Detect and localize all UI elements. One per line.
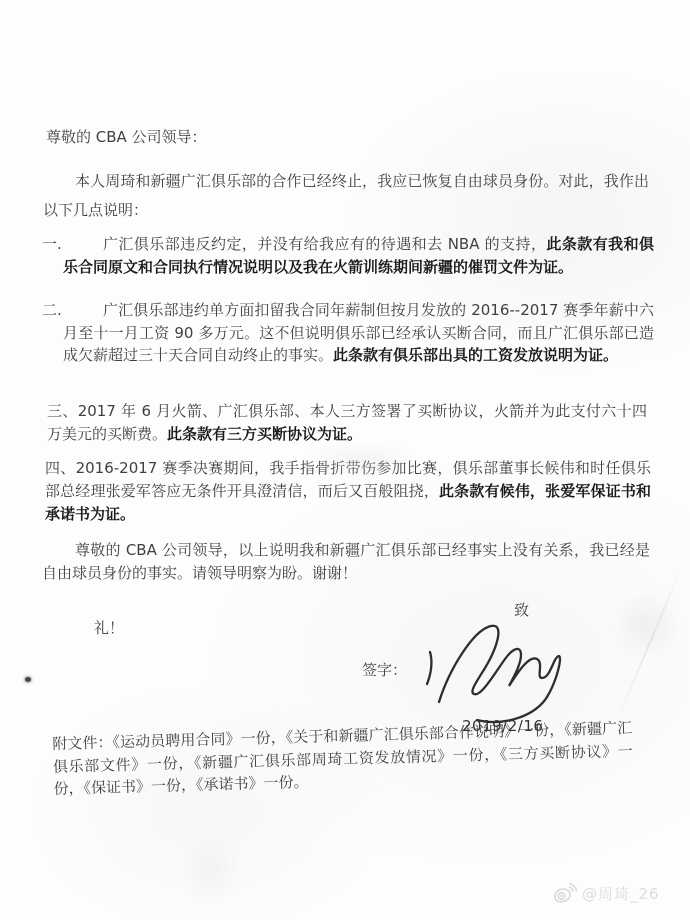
scanned-letter-page: 尊敬的 CBA 公司领导： 本人周琦和新疆广汇俱乐部的合作已经终止，我应已恢复自… xyxy=(0,0,690,920)
intro-paragraph: 本人周琦和新疆广汇俱乐部的合作已经终止，我应已恢复自由球员身份。对此，我作出以下… xyxy=(43,167,649,225)
ink-spot-artifact xyxy=(25,677,31,682)
list-item-1: 一. 广汇俱乐部违反约定，并没有给我应有的待遇和去 NBA 的支持，此条款有我和… xyxy=(42,233,654,279)
watermark-handle: @周琦_26 xyxy=(582,883,660,904)
weibo-watermark: @周琦_26 xyxy=(552,882,660,904)
signature-label: 签字： xyxy=(362,659,407,682)
list-item-2: 二. 广汇俱乐部违约单方面扣留我合同年薪制但按月发放的 2016--2017 赛… xyxy=(42,299,654,367)
list-item-3-marker: 三、 xyxy=(47,402,78,420)
scan-smudge-artifact xyxy=(180,830,240,910)
scan-smudge-artifact xyxy=(300,440,420,480)
closing-paragraph: 尊敬的 CBA 公司领导，以上说明我和新疆广汇俱乐部已经事实上没有关系，我已经是… xyxy=(42,539,650,585)
list-item-1-text: 广汇俱乐部违反约定，并没有给我应有的待遇和去 NBA 的支持，此条款有我和俱乐合… xyxy=(63,233,654,279)
attachments-paragraph: 附文件：《运动员聘用合同》一份，《关于和新疆广汇俱乐部合作说明》一份，《新疆广汇… xyxy=(52,717,634,801)
list-item-4-marker: 四、 xyxy=(45,459,76,477)
list-item-1-marker: 一. xyxy=(42,233,62,256)
valediction-li: 礼！ xyxy=(94,617,124,640)
weibo-icon xyxy=(552,882,578,904)
paper-smudge-artifact xyxy=(612,590,682,660)
salutation: 尊敬的 CBA 公司领导： xyxy=(46,127,207,147)
list-item-2-text: 广汇俱乐部违约单方面扣留我合同年薪制但按月发放的 2016--2017 赛季年薪… xyxy=(63,299,654,367)
list-item-3-text: 2017 年 6 月火箭、广汇俱乐部、本人三方签署了买断协议，火箭并为此支付六十… xyxy=(47,402,647,443)
list-item-2-marker: 二. xyxy=(42,299,62,322)
